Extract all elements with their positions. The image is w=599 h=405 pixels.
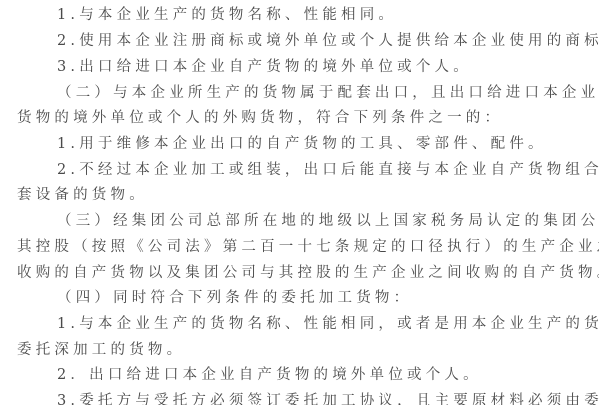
text-line: 套设备的货物。 <box>17 185 148 205</box>
text-line: 其控股（按照《公司法》第二百一十七条规定的口径执行）的生产企业之间 <box>17 237 599 257</box>
text-line: 3.出口给进口本企业自产货物的境外单位或个人。 <box>57 57 472 77</box>
text-line: 1.用于维修本企业出口的自产货物的工具、零部件、配件。 <box>57 134 547 154</box>
section-heading-3: （三）经集团公司总部所在地的地级以上国家税务局认定的集团公司， <box>57 211 599 231</box>
text-line: 收购的自产货物以及集团公司与其控股的生产企业之间收购的自产货物。 <box>17 263 599 283</box>
text-line: 货物的境外单位或个人的外购货物，符合下列条件之一的： <box>17 108 503 128</box>
text-line: 3.委托方与受托方必须签订委托加工协议，且主要原材料必须由委托方 <box>57 391 599 405</box>
text-line: 1.与本企业生产的货物名称、性能相同。 <box>57 5 397 25</box>
text-line: 委托深加工的货物。 <box>17 340 185 360</box>
text-line: 1.与本企业生产的货物名称、性能相同，或者是用本企业生产的货物再 <box>57 314 599 334</box>
document-page: 1.与本企业生产的货物名称、性能相同。 2.使用本企业注册商标或境外单位或个人提… <box>0 0 599 405</box>
text-line: 2.不经过本企业加工或组装，出口后能直接与本企业自产货物组合成成 <box>57 160 599 180</box>
text-line: 2．出口给进口本企业自产货物的境外单位或个人。 <box>57 365 482 385</box>
text-line: 2.使用本企业注册商标或境外单位或个人提供给本企业使用的商标。 <box>57 31 599 51</box>
section-heading-2: （二）与本企业所生产的货物属于配套出口，且出口给进口本企业自产 <box>57 83 599 103</box>
section-heading-4: （四）同时符合下列条件的委托加工货物： <box>57 288 412 308</box>
